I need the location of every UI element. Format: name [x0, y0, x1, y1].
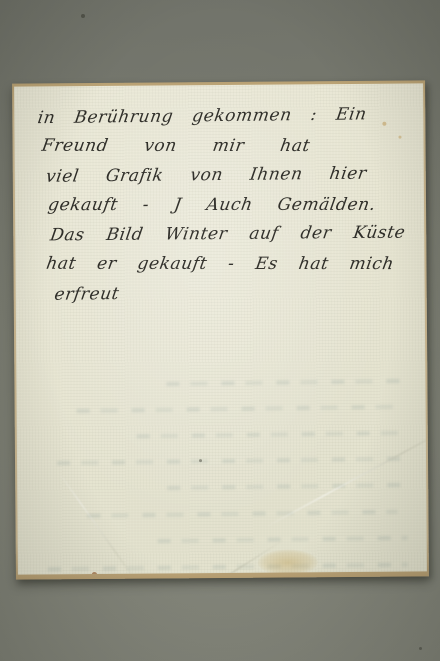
paper-stain — [92, 572, 97, 575]
handwritten-line: Das Bild Winter auf der Küste — [50, 218, 424, 250]
verso-showthrough — [87, 510, 397, 518]
paper-sheet: in Berührung gekommen : Ein Freund von m… — [14, 83, 427, 574]
handwritten-line: viel Grafik von Ihnen hier — [46, 159, 424, 192]
handwritten-line: hat er gekauft - Es hat mich — [46, 249, 424, 279]
handwritten-line: gekauft - J Auch Gemälden. — [48, 190, 424, 220]
paper-crease — [56, 469, 139, 574]
handwritten-line: erfreut — [54, 277, 424, 310]
paper-sheet-edge: in Berührung gekommen : Ein Freund von m… — [12, 80, 429, 579]
letter-photograph: in Berührung gekommen : Ein Freund von m… — [0, 0, 440, 661]
verso-showthrough — [166, 379, 406, 386]
handwritten-text-block: in Berührung gekommen : Ein Freund von m… — [15, 101, 425, 309]
handwritten-line: Freund von mir hat — [42, 131, 424, 161]
verso-showthrough — [137, 431, 407, 439]
verso-showthrough — [48, 563, 408, 572]
backdrop-speck — [419, 647, 422, 650]
paper-stain — [258, 549, 318, 574]
verso-showthrough — [57, 457, 407, 466]
backdrop-speck — [81, 14, 85, 18]
verso-showthrough — [167, 483, 407, 490]
verso-showthrough — [77, 405, 397, 413]
handwritten-line: in Berührung gekommen : Ein — [37, 100, 423, 134]
